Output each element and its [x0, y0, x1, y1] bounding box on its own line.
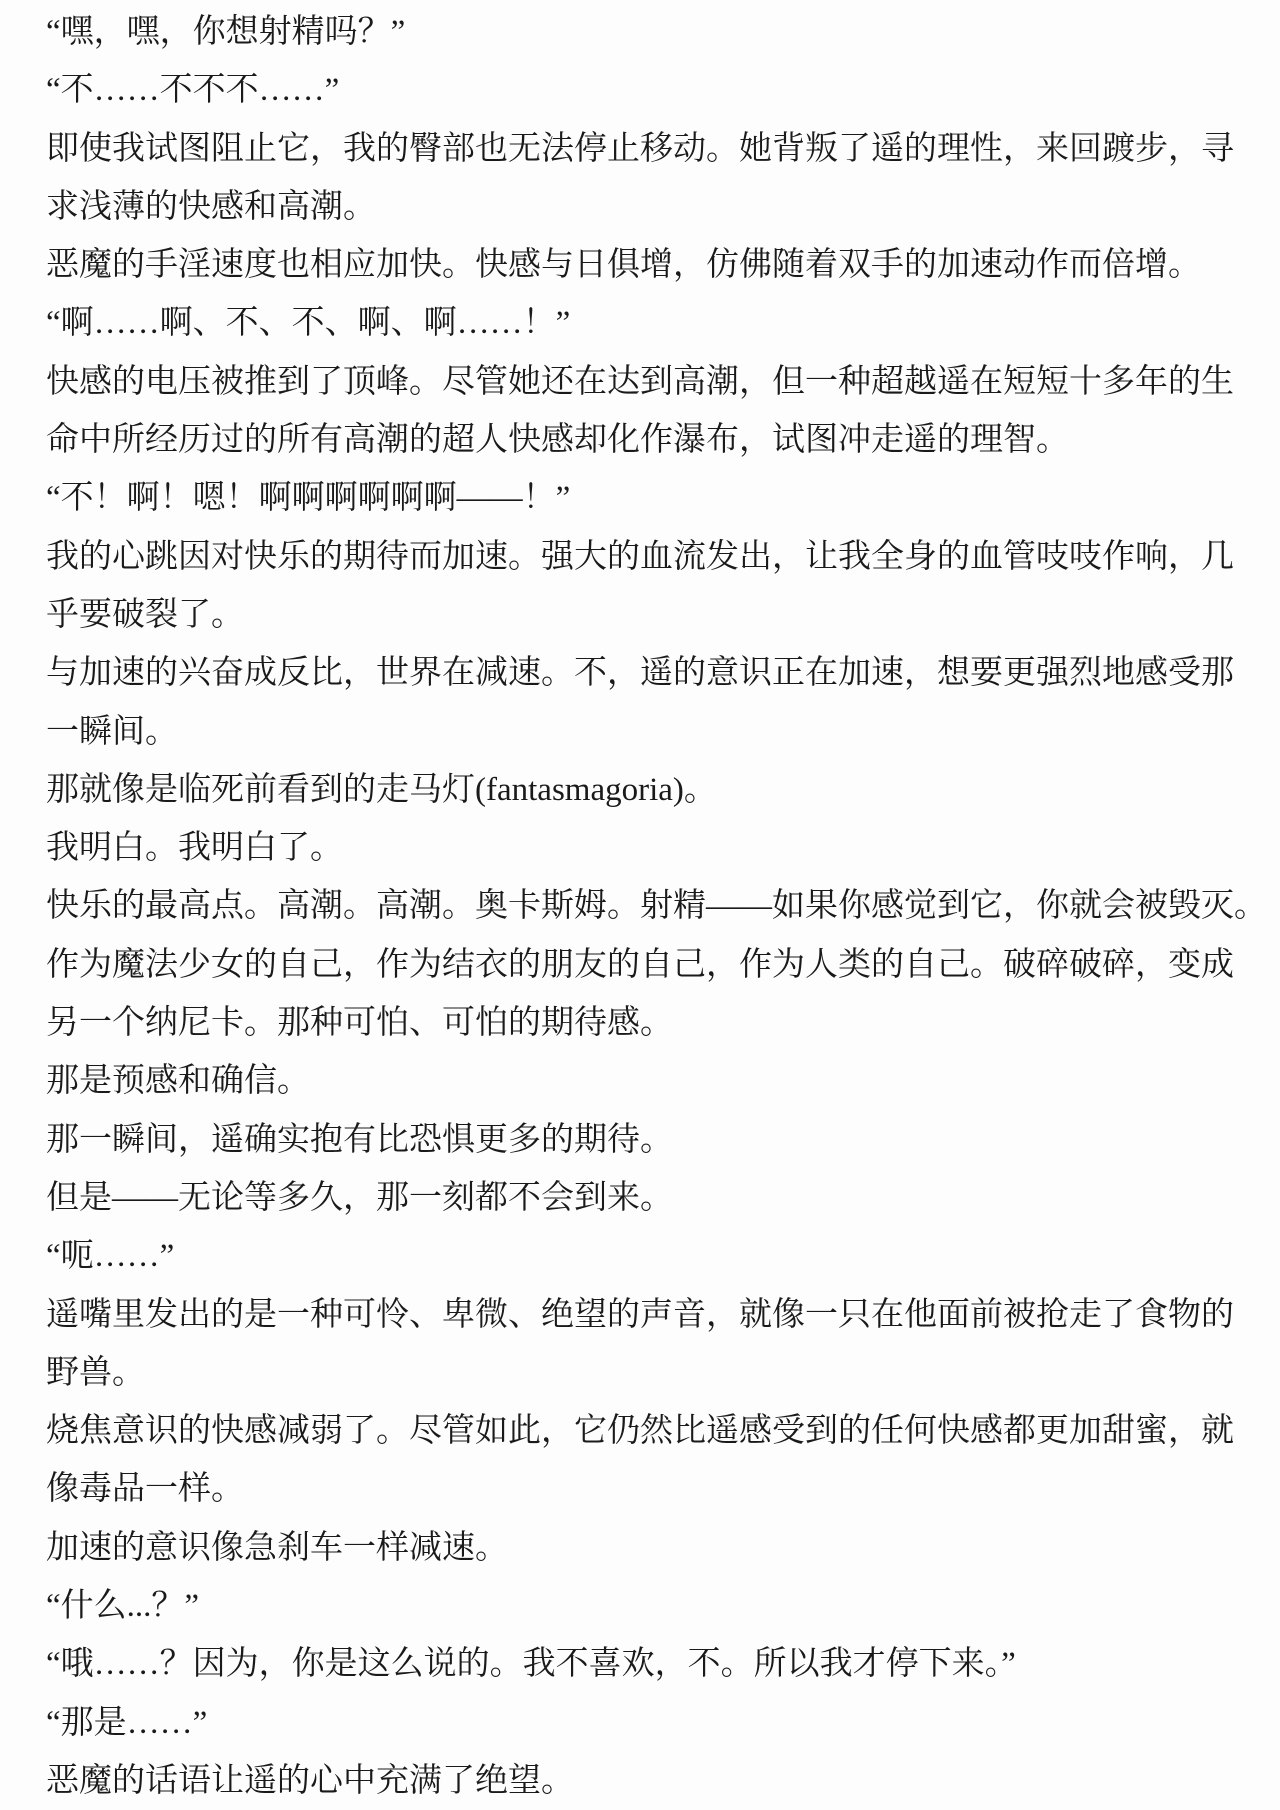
- text-line: 那就像是临死前看到的走马灯(fantasmagoria)。: [46, 761, 1246, 819]
- text-line: 快乐的最高点。高潮。高潮。奥卡斯姆。射精——如果你感觉到它，你就会被毁灭。: [46, 877, 1246, 935]
- text-line: “不！啊！嗯！啊啊啊啊啊啊——！”: [46, 469, 1246, 527]
- text-line: 烧焦意识的快感减弱了。尽管如此，它仍然比遥感受到的任何快感都更加甜蜜，就: [46, 1402, 1246, 1460]
- text-line: 那是预感和确信。: [46, 1052, 1246, 1110]
- text-line: “什么...？”: [46, 1577, 1246, 1635]
- text-line: 求浅薄的快感和高潮。: [46, 178, 1246, 236]
- text-line: 我明白。我明白了。: [46, 819, 1246, 877]
- text-line: “不……不不不……”: [46, 61, 1246, 119]
- text-line: 作为魔法少女的自己，作为结衣的朋友的自己，作为人类的自己。破碎破碎，变成: [46, 936, 1246, 994]
- text-line: 即使我试图阻止它，我的臀部也无法停止移动。她背叛了遥的理性，来回踱步，寻: [46, 120, 1246, 178]
- text-line: 像毒品一样。: [46, 1460, 1246, 1518]
- text-line: 乎要破裂了。: [46, 586, 1246, 644]
- text-line: 恶魔的话语让遥的心中充满了绝望。: [46, 1752, 1246, 1810]
- text-line: 恶魔的手淫速度也相应加快。快感与日俱增，仿佛随着双手的加速动作而倍增。: [46, 236, 1246, 294]
- text-line: 命中所经历过的所有高潮的超人快感却化作瀑布，试图冲走遥的理智。: [46, 411, 1246, 469]
- text-line: 快感的电压被推到了顶峰。尽管她还在达到高潮，但一种超越遥在短短十多年的生: [46, 353, 1246, 411]
- text-line: 那一瞬间，遥确实抱有比恐惧更多的期待。: [46, 1111, 1246, 1169]
- text-line: “那是……”: [46, 1694, 1246, 1752]
- text-line: 遥嘴里发出的是一种可怜、卑微、绝望的声音，就像一只在他面前被抢走了食物的: [46, 1286, 1246, 1344]
- document-page: “嘿，嘿，你想射精吗？” “不……不不不……” 即使我试图阻止它，我的臀部也无法…: [0, 0, 1280, 1810]
- text-line: “哦……？因为，你是这么说的。我不喜欢，不。所以我才停下来。”: [46, 1635, 1246, 1693]
- text-line: 但是——无论等多久，那一刻都不会到来。: [46, 1169, 1246, 1227]
- text-line: 一瞬间。: [46, 703, 1246, 761]
- text-line: “呃……”: [46, 1227, 1246, 1285]
- text-line: “啊……啊、不、不、啊、啊……！”: [46, 294, 1246, 352]
- text-line: 加速的意识像急刹车一样减速。: [46, 1519, 1246, 1577]
- text-line: “嘿，嘿，你想射精吗？”: [46, 3, 1246, 61]
- text-line: 野兽。: [46, 1344, 1246, 1402]
- text-line: 与加速的兴奋成反比，世界在减速。不，遥的意识正在加速，想要更强烈地感受那: [46, 644, 1246, 702]
- text-line: 另一个纳尼卡。那种可怕、可怕的期待感。: [46, 994, 1246, 1052]
- text-line: 我的心跳因对快乐的期待而加速。强大的血流发出，让我全身的血管吱吱作响，几: [46, 528, 1246, 586]
